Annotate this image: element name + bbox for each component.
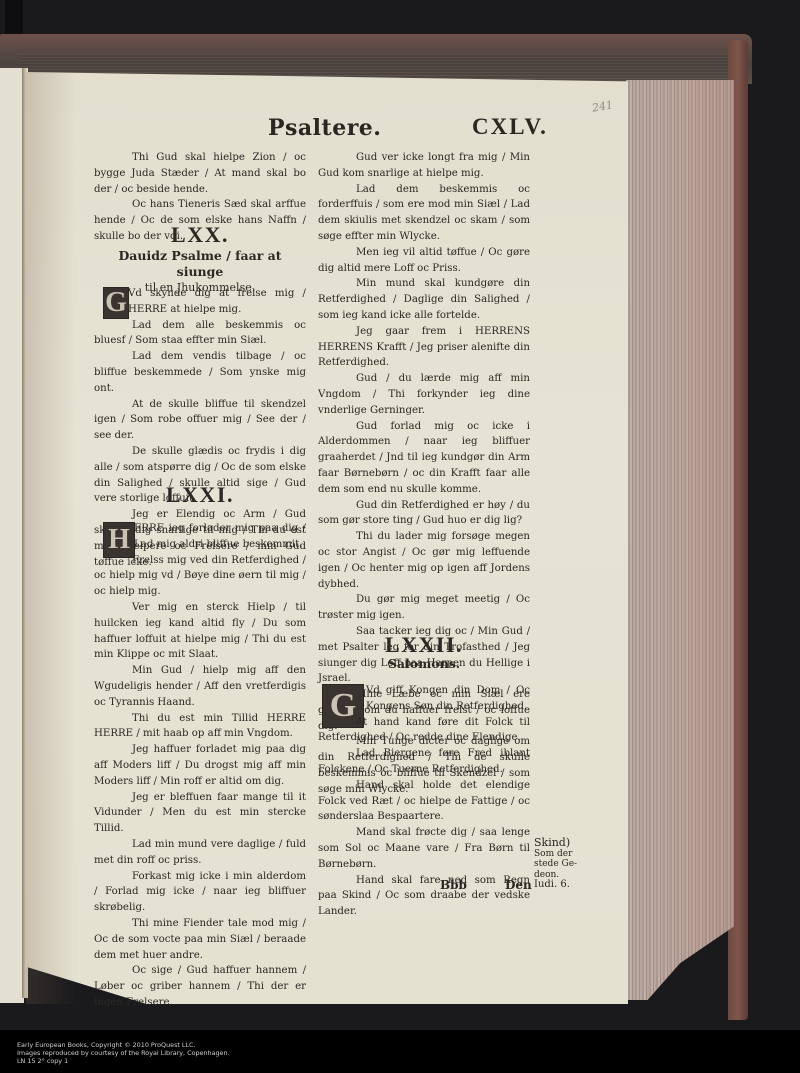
psalm-title-line: Dauidz Psalme / faar at siunge (94, 248, 306, 280)
verse: Thi Gud skal hielpe Zion / oc bygge Juda… (94, 150, 306, 197)
verse: Jeg gaar frem i HERRENS HERRENS Krafft /… (318, 324, 530, 371)
verse: Lad Biergene føre Fred iblant Folckene /… (318, 746, 530, 778)
verse: Thi du lader mig forsøge megen oc stor A… (318, 529, 530, 592)
verse: Forkast mig icke i min alderdom / Forlad… (94, 869, 306, 916)
psalm-number-71: LXXI. (94, 482, 306, 508)
verse: Lad min mund vere daglige / fuld met din… (94, 837, 306, 869)
signature-mark: Bbb (440, 878, 467, 892)
margin-note-line: Iudi. 6. (534, 880, 578, 891)
book-fore-edge (626, 80, 734, 1000)
verse: Gud forlad mig oc icke i Alderdommen / n… (318, 419, 530, 498)
verse: At hand kand føre dit Folck til Retferdi… (318, 715, 530, 747)
psalm-number-72: LXXII. (318, 632, 530, 658)
verse: Gud / du lærde mig aff min Vngdom / Thi … (318, 371, 530, 418)
verse: Jeg er bleffuen faar mange til it Vidund… (94, 790, 306, 837)
verse: Mand skal frøcte dig / saa lenge som Sol… (318, 825, 530, 872)
psalm-72-body: Vd giff Kongen din Dom / Oc Kongens Søn … (318, 683, 530, 920)
facing-page-left (0, 68, 24, 1003)
running-head: Psaltere. (268, 115, 381, 141)
margin-note-line: Som der (534, 849, 578, 860)
verse: Jeg haffuer forladet mig paa dig aff Mod… (94, 742, 306, 789)
page-gutter-shadow (26, 72, 76, 1004)
footer-line-copyright: Early European Books, Copyright © 2010 P… (17, 1041, 196, 1049)
verse: Vd skynde dig at frelse mig / HERRE at h… (94, 286, 306, 318)
verse: Vd giff Kongen din Dom / Oc Kongens Søn … (318, 683, 530, 715)
footer-line-courtesy: Images reproduced by courtesy of the Roy… (17, 1049, 230, 1057)
folio-number: CXLV. (472, 114, 548, 140)
psalm-71-body: ERRE ieg forlader mig paa dig / Lad mig … (94, 521, 306, 1011)
catchword: Den (505, 878, 532, 892)
verse: ERRE ieg forlader mig paa dig / Lad mig … (94, 521, 306, 553)
verse: Lad dem beskemmis oc forderffuis / som e… (318, 182, 530, 245)
verse: Thi mine Fiender tale mod mig / Oc de so… (94, 916, 306, 963)
verse: Min mund skal kundgøre din Retferdighed … (318, 276, 530, 323)
verse: Men ieg vil altid tøffue / Oc gøre dig a… (318, 245, 530, 277)
verse: Gud din Retferdighed er høy / du som gør… (318, 498, 530, 530)
verse: Hand skal fare ned som Regn paa Skind / … (318, 873, 530, 920)
verse: Thi du est min Tillid HERRE HERRE / mit … (94, 711, 306, 743)
psalm-title-72: Salomons. (318, 656, 530, 672)
footer-line-shelfmark: LN 15 2° copy 1 (17, 1057, 68, 1065)
margin-note-line: stede Ge- (534, 859, 578, 870)
psalm-number-70: LXX. (94, 222, 306, 248)
verse: At de skulle bliffue til skendzel igen /… (94, 397, 306, 444)
verse: Hand skal holde det elendige Folck ved R… (318, 778, 530, 825)
verse: Du gør mig meget meetig / Oc trøster mig… (318, 592, 530, 624)
verse: Lad dem vendis tilbage / oc bliffue besk… (94, 349, 306, 396)
verse: Ver mig en sterck Hielp / til huilcken i… (94, 600, 306, 663)
copyright-footer: Early European Books, Copyright © 2010 P… (0, 1030, 800, 1073)
verse: Min Gud / hielp mig aff den Wgudeligis h… (94, 663, 306, 710)
verse: Gud ver icke longt fra mig / Min Gud kom… (318, 150, 530, 182)
verse: Frelss mig ved din Retferdighed / oc hie… (94, 553, 306, 600)
margin-note-line: Skind) (534, 838, 578, 849)
fore-edge-tint (626, 80, 734, 1000)
margin-note: Skind) Som der stede Ge- deon. Iudi. 6. (534, 838, 578, 891)
verse: Oc sige / Gud haffuer hannem / Løber oc … (94, 963, 306, 1010)
verse: Lad dem alle beskemmis oc bluesf / Som s… (94, 318, 306, 350)
